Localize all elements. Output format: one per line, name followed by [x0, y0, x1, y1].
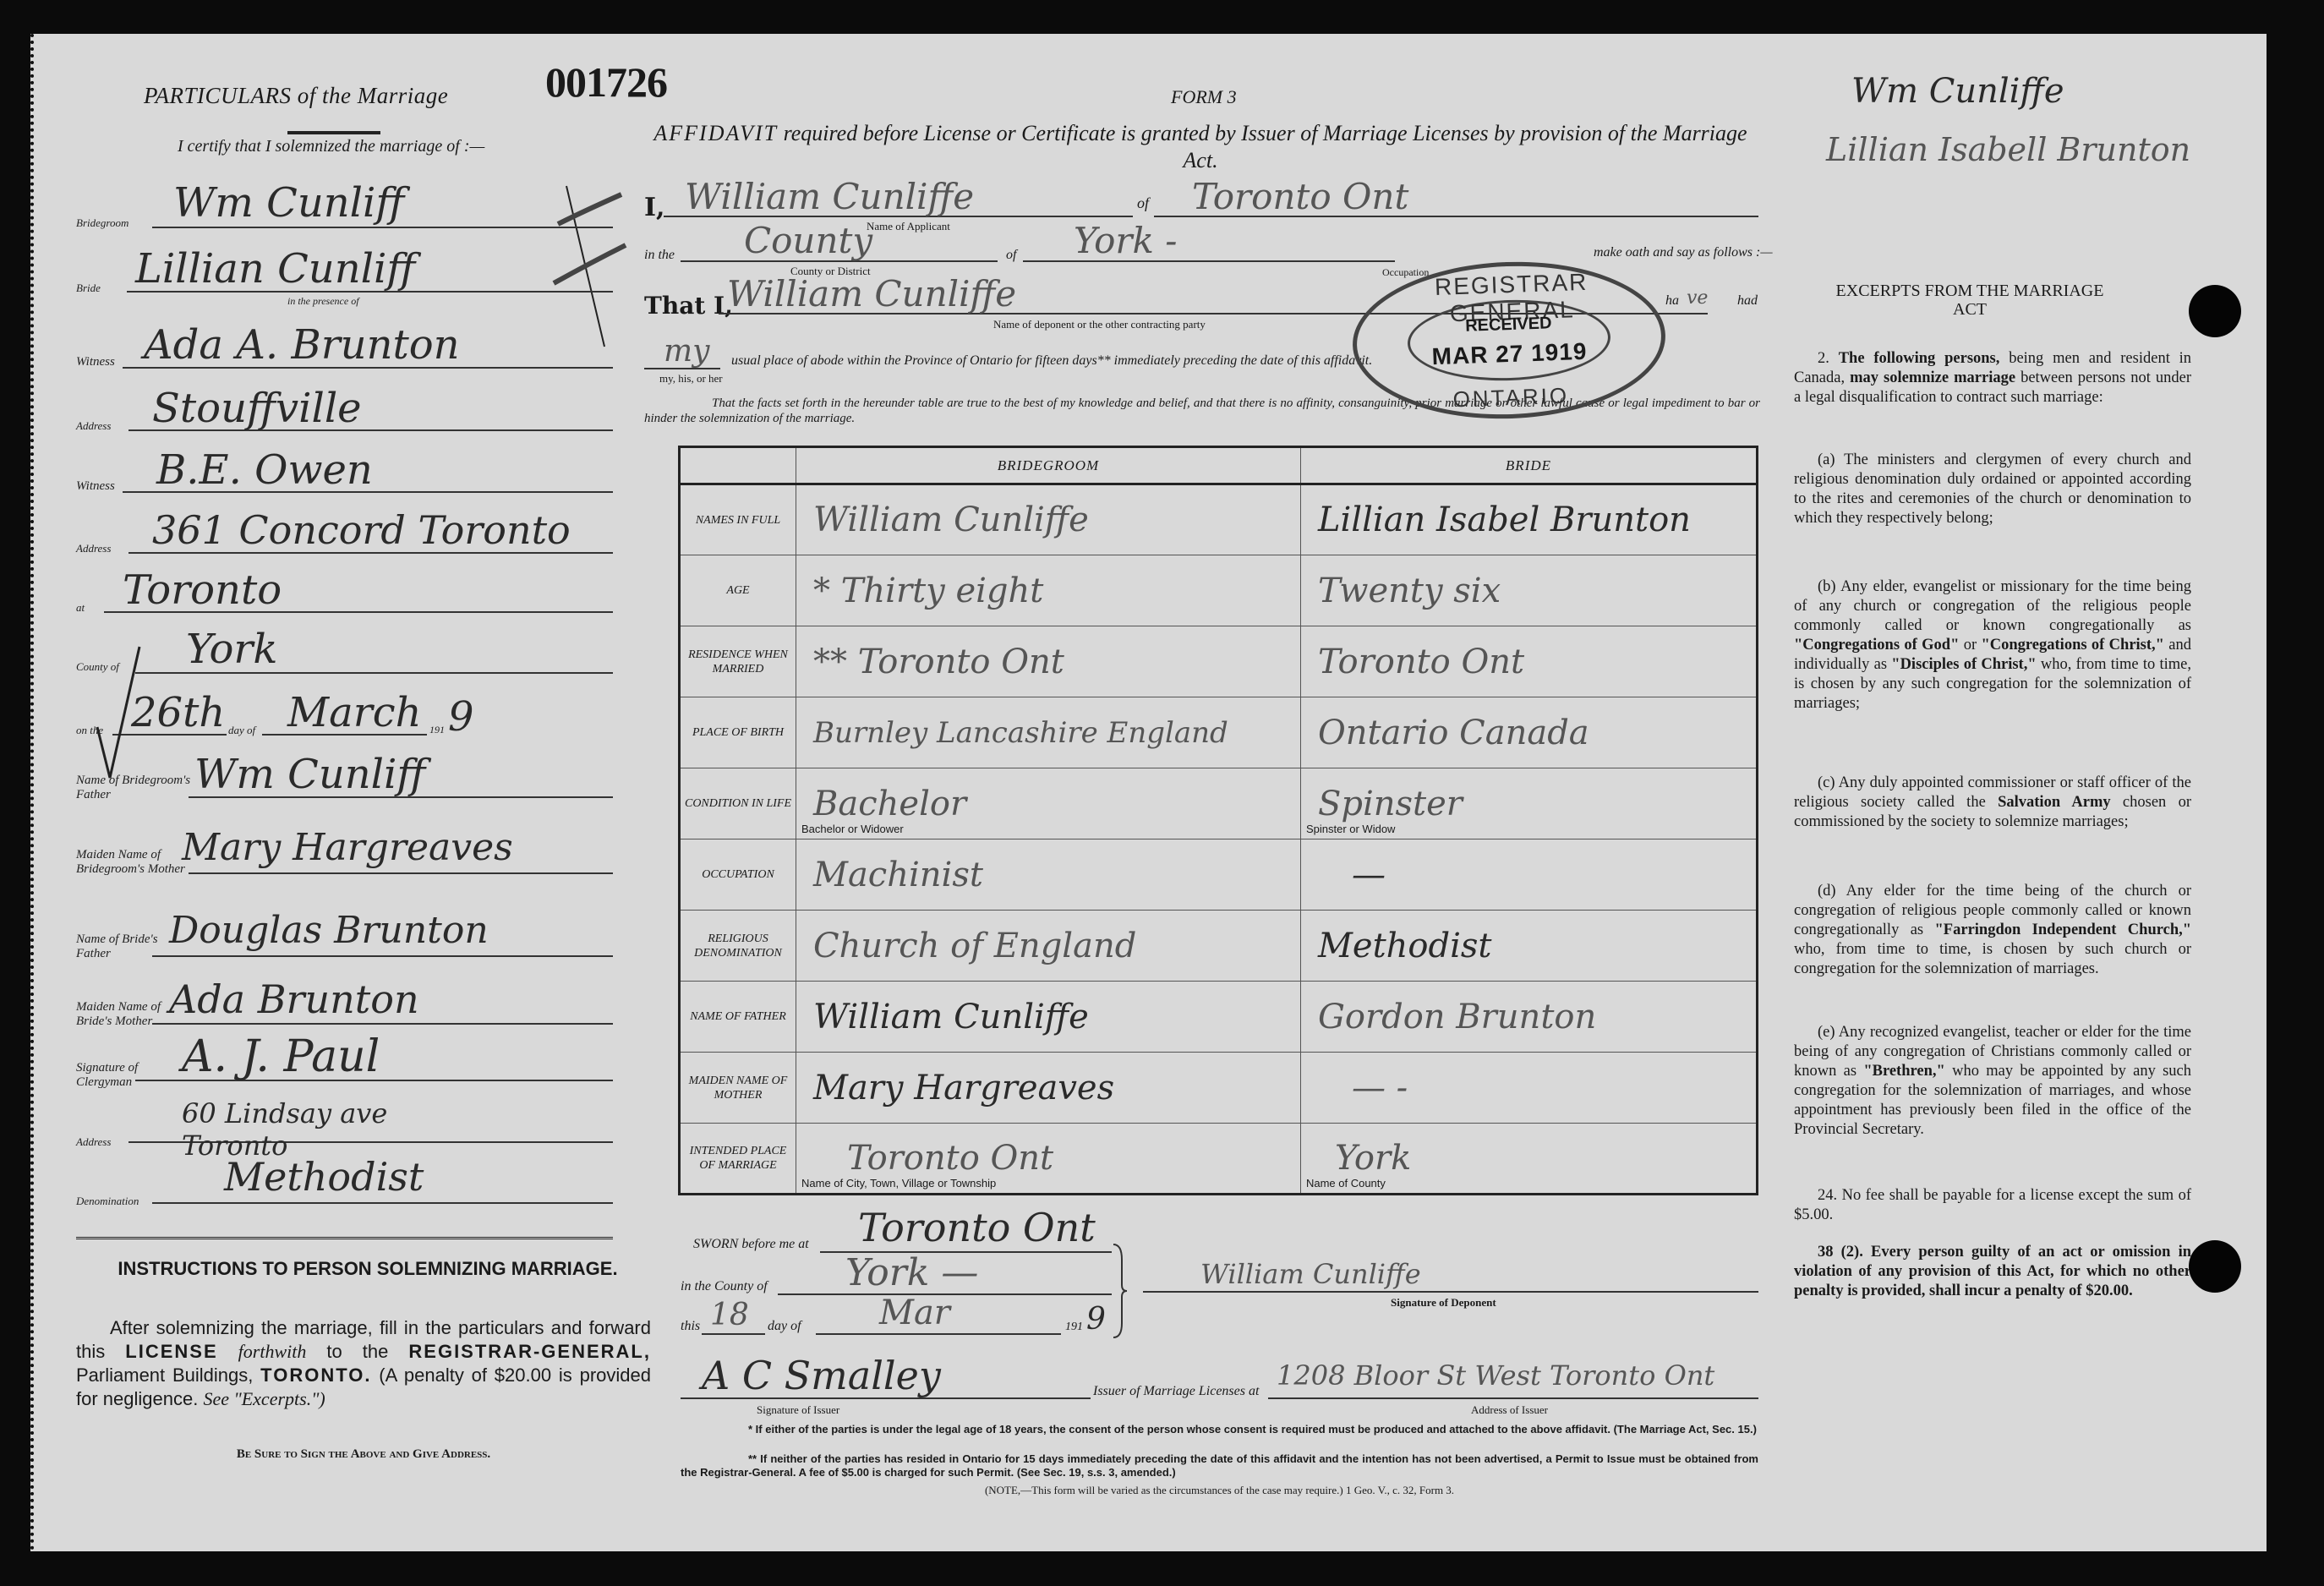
table-row: CONDITION in LIFE BachelorBachelor or Wi…: [680, 768, 1758, 839]
table-row: NAMES in full William Cunliffe Lillian I…: [680, 484, 1758, 555]
bride-mother-line: [152, 1023, 613, 1025]
c-bold: Salvation Army: [1998, 794, 2111, 811]
bride-father-line: [152, 955, 613, 957]
groom-cell: BachelorBachelor or Widower: [796, 768, 1301, 839]
instructions-footer: Be Sure to Sign the Above and Give Addre…: [76, 1447, 651, 1462]
groom-caption: Name of City, Town, Village or Township: [801, 1177, 996, 1189]
groom-value: * Thirty eight: [813, 572, 1043, 610]
groom-cell: * Thirty eight: [796, 555, 1301, 626]
applicant-name: William Cunliffe: [685, 176, 974, 217]
instructions-heading: INSTRUCTIONS TO PERSON SOLEMNIZING MARRI…: [101, 1257, 634, 1281]
marriage-month: March: [287, 689, 422, 736]
bride-mother-value: Ada Brunton: [169, 976, 419, 1022]
footnote-single: * If either of the parties is under the …: [681, 1423, 1758, 1436]
in-presence-label: in the presence of: [287, 294, 359, 309]
table-header-row: BRIDEGROOM BRIDE: [680, 447, 1758, 484]
d-text-2: who, from time to time, is chosen by suc…: [1794, 941, 2191, 977]
table-header-bride: BRIDE: [1300, 447, 1757, 484]
table-row: INTENDED PLACE of MARRIAGE Toronto OntNa…: [680, 1124, 1758, 1195]
s2-lead: 2.: [1818, 350, 1829, 367]
groom-cell: William Cunliffe: [796, 484, 1301, 555]
groom-value: Mary Hargreaves: [813, 1069, 1114, 1107]
instructions-text-2: to the: [326, 1341, 388, 1362]
sworn-day-of-label: day of: [768, 1319, 801, 1334]
bride-cell: — -: [1300, 1053, 1757, 1124]
groom-cell: Machinist: [796, 839, 1301, 911]
county-value: York: [186, 626, 277, 673]
bride-label: Bride: [76, 281, 101, 295]
row-label: RESIDENCE when MARRIED: [680, 626, 796, 697]
denomination-label: Denomination: [76, 1194, 139, 1208]
row-label: NAMES in full: [680, 484, 796, 555]
bride-father-value: Douglas Brunton: [169, 909, 489, 952]
table-row: OCCUPATION Machinist —: [680, 839, 1758, 911]
of-label: of: [1137, 194, 1149, 212]
issuer-signature-caption: Signature of Issuer: [757, 1403, 839, 1417]
groom-value: William Cunliffe: [813, 500, 1089, 539]
bride-value: Lillian Isabel Brunton: [1318, 500, 1691, 539]
b-bold-3: "Disciples of Christ,": [1891, 656, 2036, 673]
witness-2-label: Witness: [76, 479, 115, 494]
address-2-label: Address: [76, 541, 111, 555]
table-header-bridegroom: BRIDEGROOM: [796, 447, 1301, 484]
sworn-label: SWORN before me at: [693, 1237, 809, 1252]
excerpt-c: (c) Any duly appointed commissioner or s…: [1794, 774, 2191, 832]
groom-value: Bachelor: [813, 785, 966, 823]
groom-cell: William Cunliffe: [796, 982, 1301, 1053]
b-text-1: (b) Any elder, evangelist or missionary …: [1794, 578, 2191, 634]
deponent-signature-caption: Signature of Deponent: [1391, 1296, 1496, 1310]
instructions-text-3: Parliament Buildings,: [76, 1365, 253, 1386]
row-label: RELIGIOUS DENOMINATION: [680, 911, 796, 982]
sworn-county-label: in the County of: [681, 1279, 768, 1294]
county-of-label: of: [1006, 248, 1016, 263]
year-prefix: 191: [429, 723, 445, 737]
bride-cell: Methodist: [1300, 911, 1757, 982]
tick-mark-icon: [89, 643, 148, 786]
that-i-prefix: That I,: [644, 292, 733, 320]
abode-text: usual place of abode within the Province…: [731, 353, 1372, 369]
bride-cell: Twenty six: [1300, 555, 1757, 626]
clergyman-signature: A. J. Paul: [182, 1031, 380, 1082]
bride-value: Methodist: [1318, 927, 1492, 965]
excerpt-section-2: 2. The following persons, being men and …: [1794, 349, 2191, 407]
oath-text: make oath and say as follows :—: [1594, 245, 1773, 260]
groom-cell: Mary Hargreaves: [796, 1053, 1301, 1124]
bride-value: —: [1318, 856, 1386, 894]
table-header-blank: [680, 447, 796, 484]
d-bold: "Farringdon Independent Church,": [1935, 922, 2191, 938]
bride-value: Lillian Cunliff: [135, 245, 415, 293]
deponent-signature: William Cunliffe: [1200, 1258, 1421, 1290]
table-row: PLACE of BIRTH Burnley Lancashire Englan…: [680, 697, 1758, 768]
bride-value: Spinster: [1318, 785, 1463, 823]
stamp-date: MAR 27 1919: [1357, 336, 1662, 374]
affidavit-heading: AFFIDAVIT required before License or Cer…: [643, 120, 1758, 174]
issuer-at-label: Issuer of Marriage Licenses at: [1093, 1384, 1259, 1399]
sworn-place: Toronto Ont: [858, 1205, 1096, 1250]
sworn-month-line: [816, 1333, 1061, 1335]
excerpts-title-line-1: EXCERPTS FROM THE MARRIAGE: [1792, 282, 2147, 300]
deponent-caption: Name of deponent or the other contractin…: [993, 318, 1206, 331]
title-divider: [287, 131, 380, 134]
groom-value: Toronto Ont: [813, 1139, 1053, 1178]
bridegroom-line: [152, 227, 613, 228]
bride-cell: YorkName of County: [1300, 1124, 1757, 1195]
excerpt-d: (d) Any elder for the time being of the …: [1794, 882, 2191, 979]
marriage-record-sheet: PARTICULARS of the Marriage 001726 I cer…: [30, 34, 2267, 1551]
address-1-label: Address: [76, 418, 111, 433]
instructions-toronto: TORONTO.: [260, 1365, 371, 1386]
certify-text: I certify that I solemnized the marriage…: [178, 137, 484, 156]
sworn-day-line: [702, 1333, 765, 1335]
affidavit-heading-rest: required before License or Certificate i…: [784, 121, 1747, 172]
bride-value: Twenty six: [1318, 572, 1501, 610]
row-label: MAIDEN NAME of MOTHER: [680, 1053, 796, 1124]
groom-value: Burnley Lancashire England: [813, 716, 1228, 750]
b-text-2: or: [1964, 637, 1977, 654]
s38-lead: 38 (2).: [1818, 1244, 1863, 1261]
punch-hole-top: [2189, 285, 2241, 337]
clergyman-signature-label: Signature of Clergyman: [76, 1061, 169, 1090]
excerpt-e: (e) Any recognized evangelist, teacher o…: [1794, 1023, 2191, 1140]
registration-number: 001726: [545, 57, 667, 107]
s2-bold-2: may solemnize marriage: [1850, 369, 2015, 386]
bride-value: Ontario Canada: [1318, 714, 1589, 752]
issuer-signature: A C Smalley: [702, 1353, 941, 1398]
punch-hole-bottom: [2189, 1240, 2241, 1293]
instructions-see-excerpts: See "Excerpts."): [203, 1388, 325, 1409]
year-suffix: 9: [448, 693, 474, 741]
groom-mother-line: [189, 872, 613, 874]
table-row: MAIDEN NAME of MOTHER Mary Hargreaves — …: [680, 1053, 1758, 1124]
bride-cell: Ontario Canada: [1300, 697, 1757, 768]
in-the-label: in the: [644, 248, 675, 263]
check-mark-icon: [541, 152, 634, 355]
excerpt-b: (b) Any elder, evangelist or missionary …: [1794, 577, 2191, 714]
sworn-day: 18: [710, 1298, 749, 1332]
footnote-double: ** If neither of the parties has resided…: [681, 1452, 1758, 1479]
groom-mother-value: Mary Hargreaves: [182, 826, 513, 869]
bride-cell: Toronto Ont: [1300, 626, 1757, 697]
bridegroom-value: Wm Cunliff: [173, 179, 404, 227]
row-label: NAME of FATHER: [680, 982, 796, 1053]
address-1-value: Stouffville: [152, 385, 362, 432]
bride-cell: Lillian Isabel Brunton: [1300, 484, 1757, 555]
instructions-registrar: REGISTRAR-GENERAL,: [408, 1341, 651, 1362]
groom-cell: Church of England: [796, 911, 1301, 982]
groom-value: ** Toronto Ont: [813, 643, 1064, 681]
witness-2-value: B.E. Owen: [156, 446, 373, 494]
sworn-year-prefix: 191: [1065, 1321, 1083, 1334]
day-of-label: day of: [228, 723, 255, 737]
margin-note-bride: Lillian Isabell Brunton: [1826, 131, 2190, 168]
table-row: AGE * Thirty eight Twenty six: [680, 555, 1758, 626]
applicant-place: Toronto Ont: [1192, 176, 1408, 217]
instructions-body: After solemnizing the marriage, fill in …: [76, 1316, 651, 1411]
bride-value: York: [1318, 1139, 1411, 1178]
bride-caption: Spinster or Widow: [1306, 823, 1395, 835]
at-value: Toronto: [123, 566, 282, 614]
pronoun-caption: my, his, or her: [659, 372, 723, 386]
form-note: (NOTE,—This form will be varied as the c…: [681, 1484, 1758, 1497]
groom-cell: Burnley Lancashire England: [796, 697, 1301, 768]
clergy-address-label: Address: [76, 1135, 111, 1149]
table-row: RELIGIOUS DENOMINATION Church of England…: [680, 911, 1758, 982]
excerpt-section-24: 24. No fee shall be payable for a licens…: [1794, 1186, 2191, 1225]
excerpt-a: (a) The ministers and clergymen of every…: [1794, 451, 2191, 528]
row-label: PLACE of BIRTH: [680, 697, 796, 768]
groom-value: Church of England: [813, 927, 1136, 965]
table-row: NAME of FATHER William Cunliffe Gordon B…: [680, 982, 1758, 1053]
groom-cell: ** Toronto Ont: [796, 626, 1301, 697]
b-bold-2: "Congregations of Christ,": [1982, 637, 2164, 654]
row-label: INTENDED PLACE of MARRIAGE: [680, 1124, 796, 1195]
margin-note-groom: Wm Cunliffe: [1851, 72, 2064, 111]
applicant-prefix: I,: [644, 193, 664, 222]
particulars-table: BRIDEGROOM BRIDE NAMES in full William C…: [678, 446, 1758, 1195]
excerpt-section-38: 38 (2). Every person guilty of an act or…: [1794, 1243, 2191, 1301]
s2-bold-1: The following persons,: [1839, 350, 2000, 367]
sworn-county-value: York —: [845, 1251, 978, 1294]
pronoun-value: my: [664, 334, 709, 369]
bride-value: Toronto Ont: [1318, 643, 1524, 681]
has-value: ve: [1687, 287, 1708, 309]
form-number: FORM 3: [1171, 86, 1237, 108]
bride-caption: Name of County: [1306, 1177, 1386, 1189]
excerpts-title: EXCERPTS FROM THE MARRIAGE ACT: [1792, 282, 2147, 319]
row-label: CONDITION in LIFE: [680, 768, 796, 839]
instructions-forthwith: forthwith: [238, 1341, 307, 1362]
issuer-address: 1208 Bloor St West Toronto Ont: [1277, 1359, 1714, 1392]
bride-cell: —: [1300, 839, 1757, 911]
issuer-address-caption: Address of Issuer: [1471, 1403, 1548, 1417]
denomination-line: [152, 1202, 613, 1204]
county-name-value: York -: [1074, 220, 1177, 261]
bride-cell: SpinsterSpinster or Widow: [1300, 768, 1757, 839]
at-label: at: [76, 600, 85, 615]
particulars-title: PARTICULARS of the Marriage: [144, 83, 448, 109]
groom-father-value: Wm Cunliff: [194, 751, 425, 798]
county-or-district-value: County: [744, 220, 872, 261]
had-label: had: [1737, 293, 1758, 309]
deponent-name: William Cunliffe: [727, 273, 1016, 314]
clergy-address-value: 60 Lindsay ave Toronto: [182, 1097, 452, 1162]
bride-value: — -: [1318, 1069, 1408, 1107]
bracket-icon: [1112, 1243, 1129, 1340]
issuer-address-line: [1268, 1397, 1758, 1399]
groom-value: Machinist: [813, 856, 983, 894]
groom-value: William Cunliffe: [813, 998, 1089, 1036]
groom-cell: Toronto OntName of City, Town, Village o…: [796, 1124, 1301, 1195]
witness-1-label: Witness: [76, 355, 115, 369]
denomination-value: Methodist: [224, 1154, 424, 1200]
groom-caption: Bachelor or Widower: [801, 823, 904, 835]
address-2-value: 361 Concord Toronto: [152, 507, 571, 553]
b-bold-1: "Congregations of God": [1794, 637, 1959, 654]
excerpts-title-line-2: ACT: [1792, 300, 2147, 319]
this-label: this: [681, 1319, 700, 1334]
registrar-received-stamp: REGISTRAR GENERAL RECEIVED MAR 27 1919 O…: [1350, 257, 1668, 424]
deponent-signature-line: [1143, 1291, 1758, 1293]
e-bold: "Brethren,": [1863, 1063, 1944, 1080]
groom-mother-label: Maiden Name of Bridegroom's Mother: [76, 848, 194, 877]
has-label: ha: [1665, 293, 1679, 309]
groom-father-label: Name of Bridegroom's Father: [76, 774, 194, 802]
row-label: AGE: [680, 555, 796, 626]
witness-1-value: Ada A. Brunton: [144, 321, 460, 369]
instructions-license: LICENSE: [125, 1341, 217, 1362]
sworn-month: Mar: [879, 1293, 950, 1332]
bride-value: Gordon Brunton: [1318, 998, 1596, 1036]
affidavit-word: AFFIDAVIT: [653, 121, 778, 145]
instructions-divider: [76, 1234, 613, 1239]
table-row: RESIDENCE when MARRIED ** Toronto Ont To…: [680, 626, 1758, 697]
bride-cell: Gordon Brunton: [1300, 982, 1757, 1053]
applicant-caption: Name of Applicant: [867, 220, 950, 233]
bridegroom-label: Bridegroom: [76, 216, 129, 230]
sworn-year-suffix: 9: [1086, 1302, 1106, 1337]
row-label: OCCUPATION: [680, 839, 796, 911]
